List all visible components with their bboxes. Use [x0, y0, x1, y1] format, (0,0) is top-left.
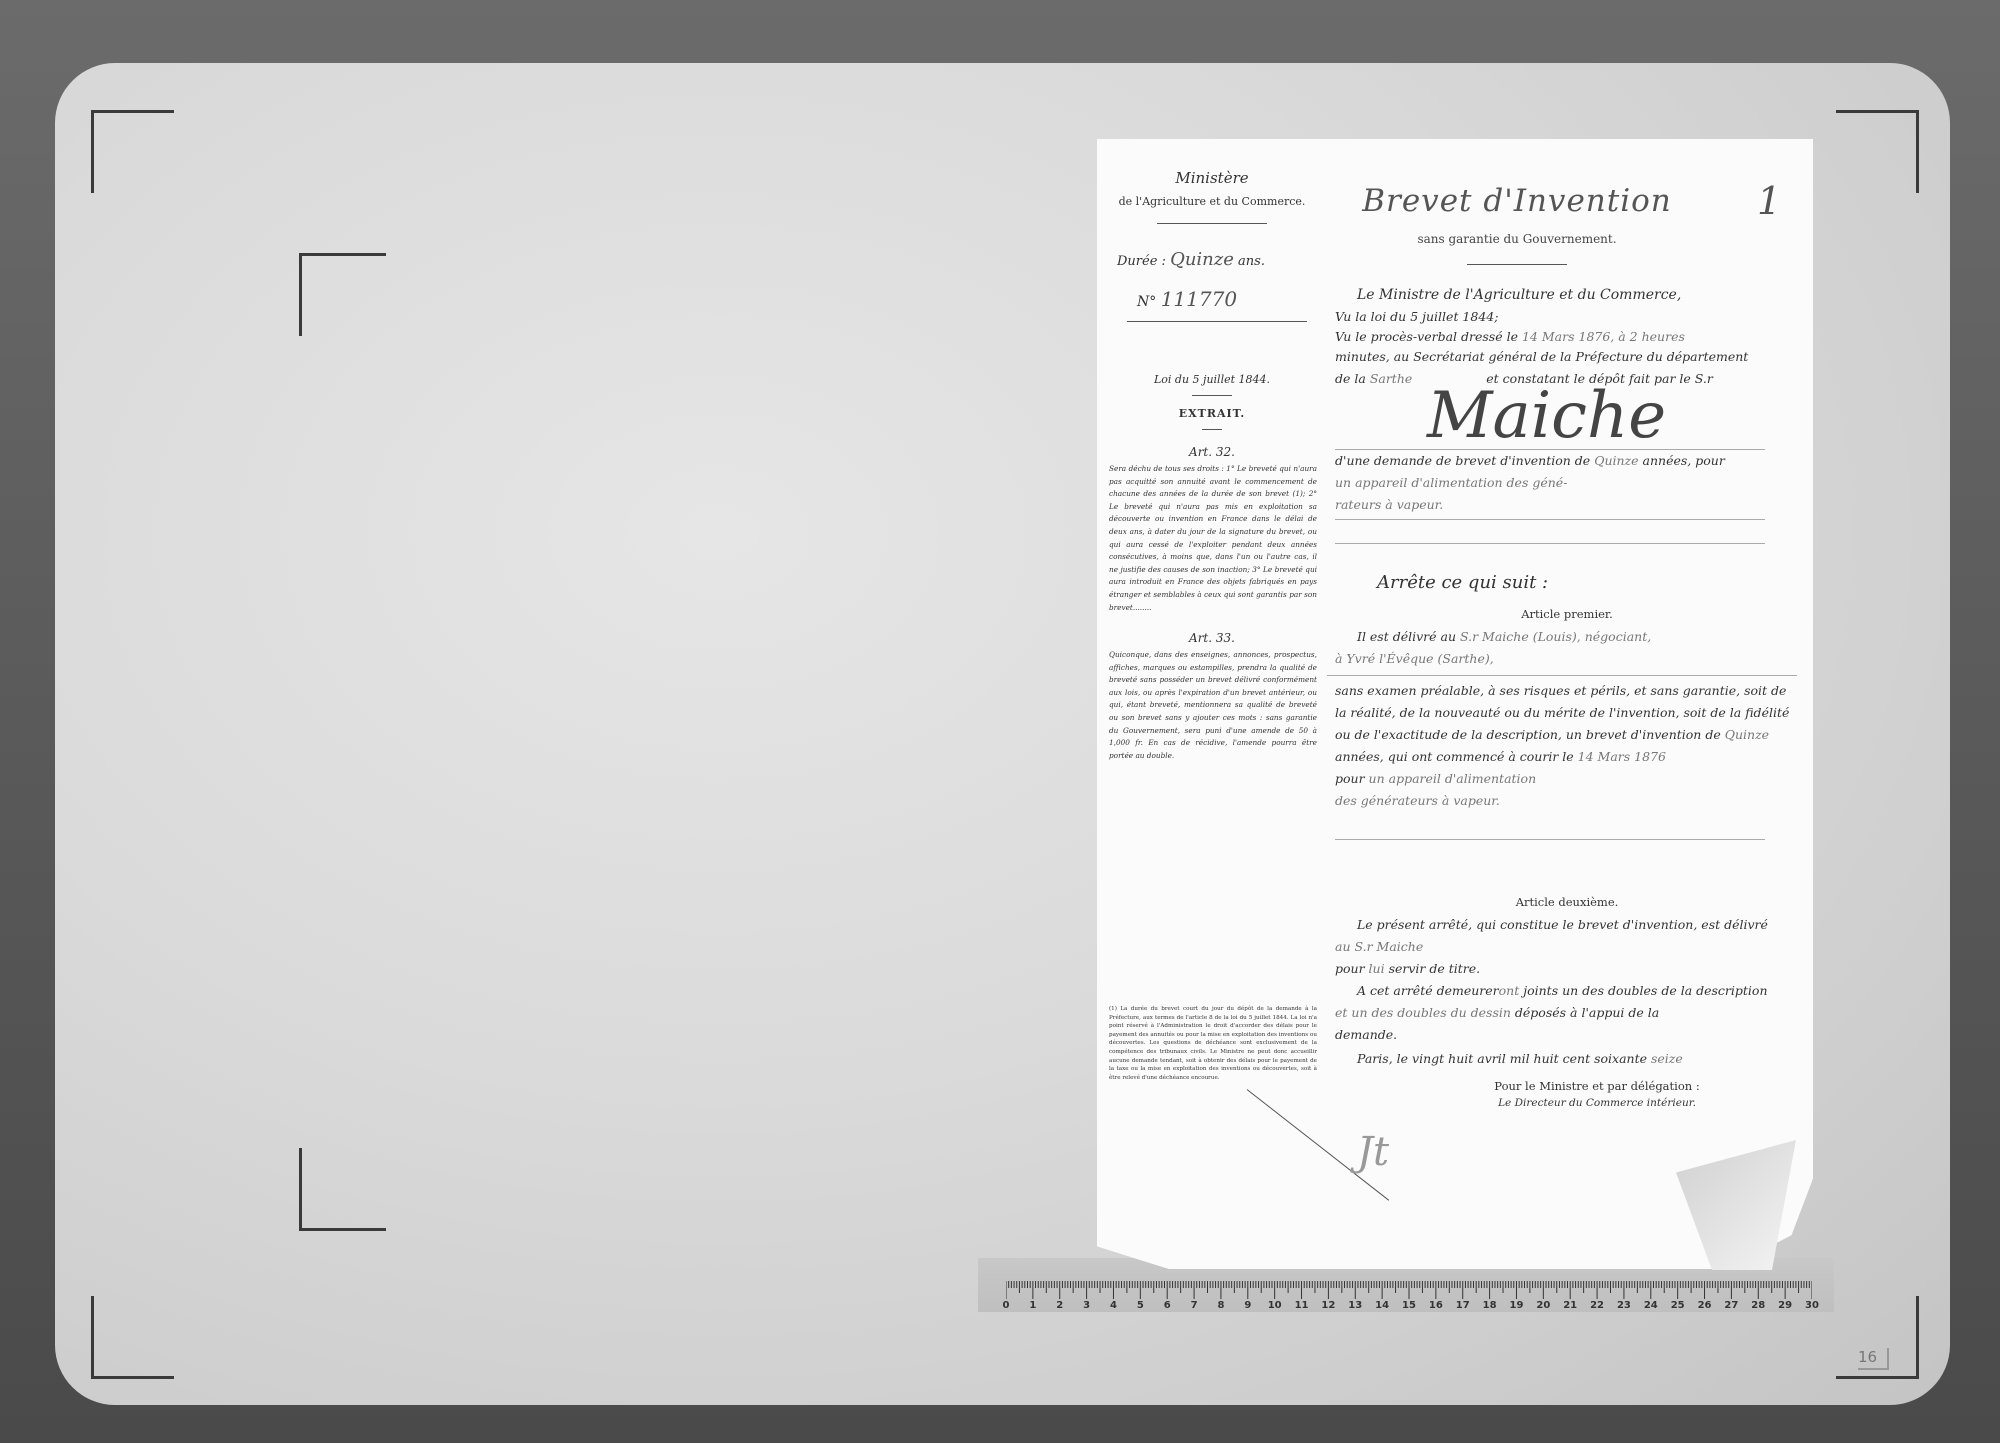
handwritten: ont	[1499, 983, 1520, 998]
ruler-label: 8	[1217, 1300, 1224, 1311]
text: mil huit cent soixante	[1510, 1051, 1647, 1066]
ruler-label: 3	[1083, 1300, 1090, 1311]
body-line: ou de l'exactitude de la description, un…	[1335, 727, 1775, 742]
invention-title: un appareil d'alimentation	[1369, 771, 1537, 786]
law-reference: Loi du 5 juillet 1844.	[1097, 373, 1327, 386]
divider	[1127, 321, 1307, 322]
text: servir de titre.	[1389, 961, 1481, 976]
ruler-label: 23	[1617, 1300, 1631, 1311]
invention-title-2: rateurs à vapeur.	[1335, 497, 1775, 512]
text: pour	[1335, 961, 1365, 976]
folio-mark: 1	[1757, 179, 1781, 223]
ruler-label: 11	[1295, 1300, 1309, 1311]
duration-value: Quinze	[1170, 249, 1234, 270]
arrete-heading: Arrête ce qui suit :	[1377, 572, 1548, 593]
text: joints un des doubles de la description	[1523, 983, 1767, 998]
crop-mark-top-right	[1836, 110, 1919, 193]
extract-heading: EXTRAIT.	[1097, 407, 1327, 420]
divider	[1157, 223, 1267, 224]
ruler-label: 24	[1644, 1300, 1658, 1311]
ruled-line	[1335, 449, 1765, 450]
ruler-label: 13	[1348, 1300, 1362, 1311]
inner-crop-mark-bottom-left	[299, 1148, 386, 1231]
body-line: sans examen préalable, à ses risques et …	[1335, 683, 1775, 698]
ruler-label: 5	[1137, 1300, 1144, 1311]
number-label: N°	[1137, 294, 1156, 310]
patent-number: 111770	[1161, 287, 1237, 311]
handwritten: lui	[1369, 961, 1385, 976]
article-32-title: Art. 32.	[1097, 445, 1327, 459]
delivered-to: au S.r Maiche	[1335, 939, 1775, 954]
ruler-label: 4	[1110, 1300, 1117, 1311]
signature-title-1: Pour le Ministre et par délégation :	[1447, 1079, 1747, 1093]
invention-title-cont: des générateurs à vapeur.	[1335, 793, 1775, 808]
ruled-line	[1335, 543, 1765, 544]
body-line: A cet arrêté demeureront joints un des d…	[1357, 983, 1797, 998]
text: ou de l'exactitude de la description, un…	[1335, 727, 1721, 742]
filing-date: 14 Mars	[1522, 329, 1575, 344]
ruled-line	[1335, 839, 1765, 840]
footnote: (1) La durée du brevet court du jour du …	[1109, 1005, 1317, 1082]
sheet-number: 16	[1858, 1348, 1889, 1370]
handwritten: et un des doubles du dessin	[1335, 1005, 1511, 1020]
text: de la	[1335, 371, 1366, 386]
ruler-label: 27	[1724, 1300, 1738, 1311]
delivered-to-line: Il est délivré au S.r Maiche (Louis), né…	[1357, 629, 1797, 644]
ministry-preamble: Le Ministre de l'Agriculture et du Comme…	[1357, 287, 1797, 303]
body-line: pour un appareil d'alimentation	[1335, 771, 1775, 786]
body-line: demande.	[1335, 1027, 1775, 1042]
applicant-name: Maiche	[1427, 379, 1666, 453]
document-subtitle: sans garantie du Gouvernement.	[1327, 232, 1707, 246]
filing-year-time: 1876, à 2 heures	[1579, 329, 1685, 344]
ruler-label: 20	[1536, 1300, 1550, 1311]
duration-label: Durée :	[1117, 254, 1166, 269]
text: A cet arrêté demeurer	[1357, 983, 1499, 998]
body-line: et un des doubles du dessin déposés à l'…	[1335, 1005, 1775, 1020]
proces-verbal-line: Vu le procès-verbal dressé le 14 Mars 18…	[1335, 329, 1775, 344]
secretariat-line: minutes, au Secrétariat général de la Pr…	[1335, 349, 1775, 364]
invention-title-1: un appareil d'alimentation des géné-	[1335, 475, 1775, 490]
ruler-label: 9	[1244, 1300, 1251, 1311]
article-33-text: Quiconque, dans des enseignes, annonces,…	[1109, 649, 1317, 762]
ministry-subheading: de l'Agriculture et du Commerce.	[1097, 195, 1327, 208]
inner-crop-mark-top-left	[299, 253, 386, 336]
duration: Quinze	[1725, 727, 1769, 742]
ruler-label: 28	[1751, 1300, 1765, 1311]
body-line: années, qui ont commencé à courir le 14 …	[1335, 749, 1775, 764]
article-2-title: Article deuxième.	[1327, 895, 1807, 909]
body-line: Le présent arrêté, qui constitue le brev…	[1357, 917, 1797, 932]
ruled-line	[1335, 519, 1765, 520]
ruler-label: 17	[1456, 1300, 1470, 1311]
text: déposés à l'appui de la	[1515, 1005, 1659, 1020]
article-33-title: Art. 33.	[1097, 631, 1327, 645]
article-1-title: Article premier.	[1327, 607, 1807, 621]
ruler-label: 7	[1191, 1300, 1198, 1311]
body-line: pour lui servir de titre.	[1335, 961, 1775, 976]
ruler-label: 2	[1056, 1300, 1063, 1311]
text: années, pour	[1643, 453, 1725, 468]
duration-unit: ans.	[1238, 254, 1265, 269]
law-citation: Vu la loi du 5 juillet 1844;	[1335, 309, 1775, 324]
department: Sarthe	[1370, 371, 1412, 386]
crop-mark-bottom-left	[91, 1296, 174, 1379]
ruler-label: 30	[1805, 1300, 1819, 1311]
ruler-ticks	[1006, 1281, 1812, 1299]
ruler-label: 22	[1590, 1300, 1604, 1311]
date-line: Paris, le vingt huit avril mil huit cent…	[1357, 1051, 1797, 1066]
ruler-label: 6	[1164, 1300, 1171, 1311]
grant-year: seize	[1651, 1051, 1683, 1066]
divider	[1467, 264, 1567, 265]
duration: Quinze	[1594, 453, 1638, 468]
ruler-label: 21	[1563, 1300, 1577, 1311]
ruler-label: 29	[1778, 1300, 1792, 1311]
divider	[1202, 429, 1222, 430]
ruler-label: 15	[1402, 1300, 1416, 1311]
document-title: Brevet d'Invention	[1327, 183, 1707, 219]
ruler-label: 1	[1029, 1300, 1036, 1311]
article-32-text: Sera déchu de tous ses droits : 1° Le br…	[1109, 463, 1317, 614]
ruler-label: 10	[1268, 1300, 1282, 1311]
duration-field: Durée : Quinze ans.	[1117, 249, 1265, 270]
ruler-label: 16	[1429, 1300, 1443, 1311]
ruler-label: 0	[1003, 1300, 1010, 1311]
ruler-label: 14	[1375, 1300, 1389, 1311]
ruled-line	[1327, 675, 1797, 676]
text: Vu le procès-verbal dressé le	[1335, 329, 1518, 344]
grantee: S.r Maiche (Louis), négociant,	[1460, 629, 1651, 644]
ministry-heading: Ministère	[1097, 169, 1327, 187]
application-line: d'une demande de brevet d'invention de Q…	[1335, 453, 1775, 468]
grantee-address: à Yvré l'Évêque (Sarthe),	[1335, 651, 1775, 666]
initials-signature: Jt	[1357, 1129, 1389, 1175]
ruler-label: 26	[1698, 1300, 1712, 1311]
ruler-label: 12	[1321, 1300, 1335, 1311]
text: pour	[1335, 771, 1365, 786]
ruler-label: 19	[1509, 1300, 1523, 1311]
grant-date: vingt huit avril	[1412, 1051, 1506, 1066]
text: d'une demande de brevet d'invention de	[1335, 453, 1590, 468]
divider	[1192, 395, 1232, 396]
text: Il est délivré au	[1357, 629, 1456, 644]
signature-title-2: Le Directeur du Commerce intérieur.	[1447, 1097, 1747, 1109]
patent-number-field: N° 111770	[1137, 287, 1237, 311]
patent-document: Ministère de l'Agriculture et du Commerc…	[1097, 139, 1813, 1269]
crop-mark-top-left	[91, 110, 174, 193]
start-date: 14 Mars 1876	[1578, 749, 1666, 764]
text: Paris, le	[1357, 1051, 1408, 1066]
text: années, qui ont commencé à courir le	[1335, 749, 1574, 764]
ruler-label: 25	[1671, 1300, 1685, 1311]
body-line: la réalité, de la nouveauté ou du mérite…	[1335, 705, 1775, 720]
ruler-label: 18	[1483, 1300, 1497, 1311]
